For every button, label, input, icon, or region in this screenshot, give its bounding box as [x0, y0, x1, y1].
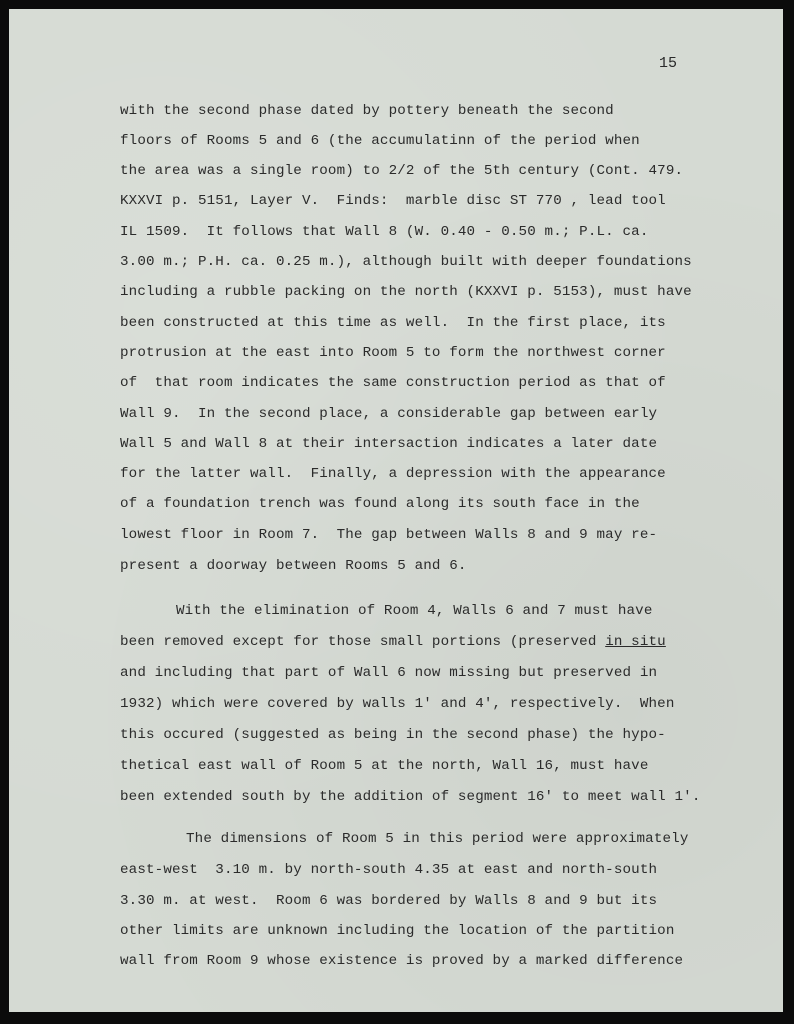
text-line: been constructed at this time as well. I… [120, 315, 666, 331]
text-line: wall from Room 9 whose existence is prov… [120, 953, 683, 969]
text-line: Wall 5 and Wall 8 at their intersaction … [120, 436, 657, 452]
text-line: been extended south by the addition of s… [120, 789, 700, 805]
text-line: 3.30 m. at west. Room 6 was bordered by … [120, 893, 657, 909]
text-line: thetical east wall of Room 5 at the nort… [120, 758, 649, 774]
page-number: 15 [659, 55, 677, 72]
text-line: of that room indicates the same construc… [120, 375, 666, 391]
text-line: 3.00 m.; P.H. ca. 0.25 m.), although bui… [120, 254, 692, 270]
text-line: IL 1509. It follows that Wall 8 (W. 0.40… [120, 224, 649, 240]
text-line: this occured (suggested as being in the … [120, 727, 666, 743]
text-line: the area was a single room) to 2/2 of th… [120, 163, 683, 179]
paragraph-3: The dimensions of Room 5 in this period … [120, 831, 155, 943]
text-line: floors of Rooms 5 and 6 (the accumulatin… [120, 133, 640, 149]
text-line: for the latter wall. Finally, a depressi… [120, 466, 666, 482]
text-line: with the second phase dated by pottery b… [120, 103, 614, 119]
text-line: lowest floor in Room 7. The gap between … [120, 527, 657, 543]
text-line: of a foundation trench was found along i… [120, 496, 640, 512]
paragraph-2: With the elimination of Room 4, Walls 6 … [120, 603, 155, 747]
text-line: 1932) which were covered by walls 1' and… [120, 696, 675, 712]
text-span: been removed except for those small port… [120, 634, 605, 650]
text-line: Wall 9. In the second place, a considera… [120, 406, 657, 422]
paragraph-1: with the second phase dated by pottery b… [120, 103, 155, 391]
text-line: including a rubble packing on the north … [120, 284, 692, 300]
text-line: KXXVI p. 5151, Layer V. Finds: marble di… [120, 193, 666, 209]
text-line: east-west 3.10 m. by north-south 4.35 at… [120, 862, 657, 878]
underlined-phrase: in situ [605, 634, 666, 650]
text-line: The dimensions of Room 5 in this period … [186, 831, 689, 847]
text-line: protrusion at the east into Room 5 to fo… [120, 345, 666, 361]
text-line: other limits are unknown including the l… [120, 923, 675, 939]
text-line: and including that part of Wall 6 now mi… [120, 665, 657, 681]
text-line: With the elimination of Room 4, Walls 6 … [176, 603, 653, 619]
text-line: been removed except for those small port… [120, 634, 666, 650]
text-line: present a doorway between Rooms 5 and 6. [120, 558, 467, 574]
document-page: 15 with the second phase dated by potter… [9, 9, 783, 1012]
